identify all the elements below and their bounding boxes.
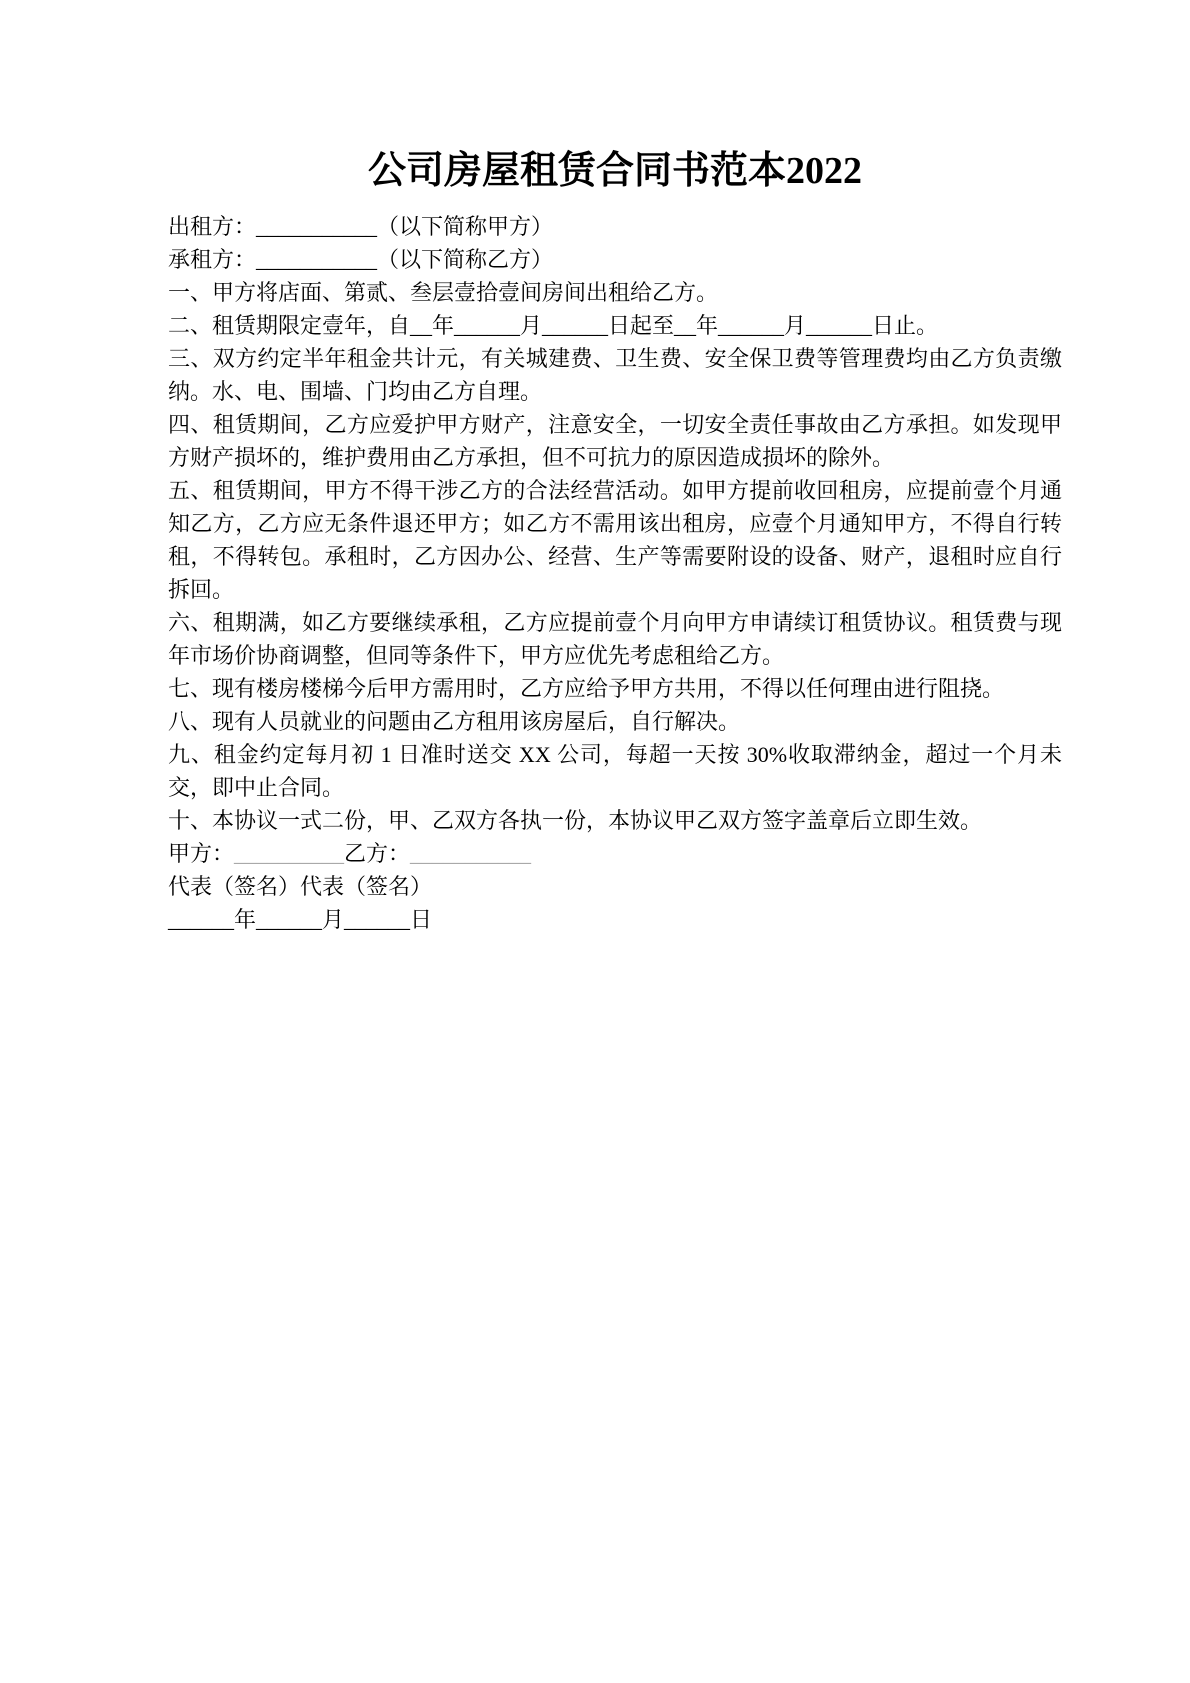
- lessee-label: 承租方：: [168, 247, 256, 272]
- date-line: ______年______月______日: [168, 903, 1062, 936]
- lessee-blank-underline: ___________: [256, 247, 377, 272]
- lessor-alias-note: （以下简称甲方）: [377, 214, 553, 239]
- clause-8: 八、现有人员就业的问题由乙方租用该房屋后，自行解决。: [168, 705, 1062, 738]
- party-a-label: 甲方：: [168, 841, 234, 866]
- lessor-blank-underline: ___________: [256, 214, 377, 239]
- contract-content: 公司房屋租赁合同书范本2022 出租方：___________（以下简称甲方） …: [0, 0, 1190, 936]
- clause-5: 五、租赁期间，甲方不得干涉乙方的合法经营活动。如甲方提前收回租房，应提前壹个月通…: [168, 474, 1062, 606]
- document-title: 公司房屋租赁合同书范本2022: [168, 148, 1062, 194]
- signature-parties-line: 甲方：__________乙方：___________: [168, 837, 1062, 870]
- clause-2: 二、租赁期限定壹年，自__年______月______日起至__年______月…: [168, 309, 1062, 342]
- lessor-label: 出租方：: [168, 214, 256, 239]
- representatives-line: 代表（签名）代表（签名）: [168, 870, 1062, 903]
- party-a-signature-underline: __________: [234, 841, 344, 866]
- party-b-signature-underline: ___________: [410, 841, 531, 866]
- lessor-line: 出租方：___________（以下简称甲方）: [168, 210, 1062, 243]
- party-b-label: 乙方：: [344, 841, 410, 866]
- clause-10: 十、本协议一式二份，甲、乙双方各执一份，本协议甲乙双方签字盖章后立即生效。: [168, 804, 1062, 837]
- clause-3: 三、双方约定半年租金共计元，有关城建费、卫生费、安全保卫费等管理费均由乙方负责缴…: [168, 342, 1062, 408]
- clause-4: 四、租赁期间，乙方应爱护甲方财产，注意安全，一切安全责任事故由乙方承担。如发现甲…: [168, 408, 1062, 474]
- clause-9: 九、租金约定每月初 1 日准时送交 XX 公司，每超一天按 30%收取滞纳金，超…: [168, 738, 1062, 804]
- clause-6: 六、租期满，如乙方要继续承租，乙方应提前壹个月向甲方申请续订租赁协议。租赁费与现…: [168, 606, 1062, 672]
- lessee-alias-note: （以下简称乙方）: [377, 247, 553, 272]
- clause-7: 七、现有楼房楼梯今后甲方需用时，乙方应给予甲方共用，不得以任何理由进行阻挠。: [168, 672, 1062, 705]
- lessee-line: 承租方：___________（以下简称乙方）: [168, 243, 1062, 276]
- clause-1: 一、甲方将店面、第贰、叁层壹拾壹间房间出租给乙方。: [168, 276, 1062, 309]
- contract-page: 公司房屋租赁合同书范本2022 出租方：___________（以下简称甲方） …: [0, 0, 1190, 1683]
